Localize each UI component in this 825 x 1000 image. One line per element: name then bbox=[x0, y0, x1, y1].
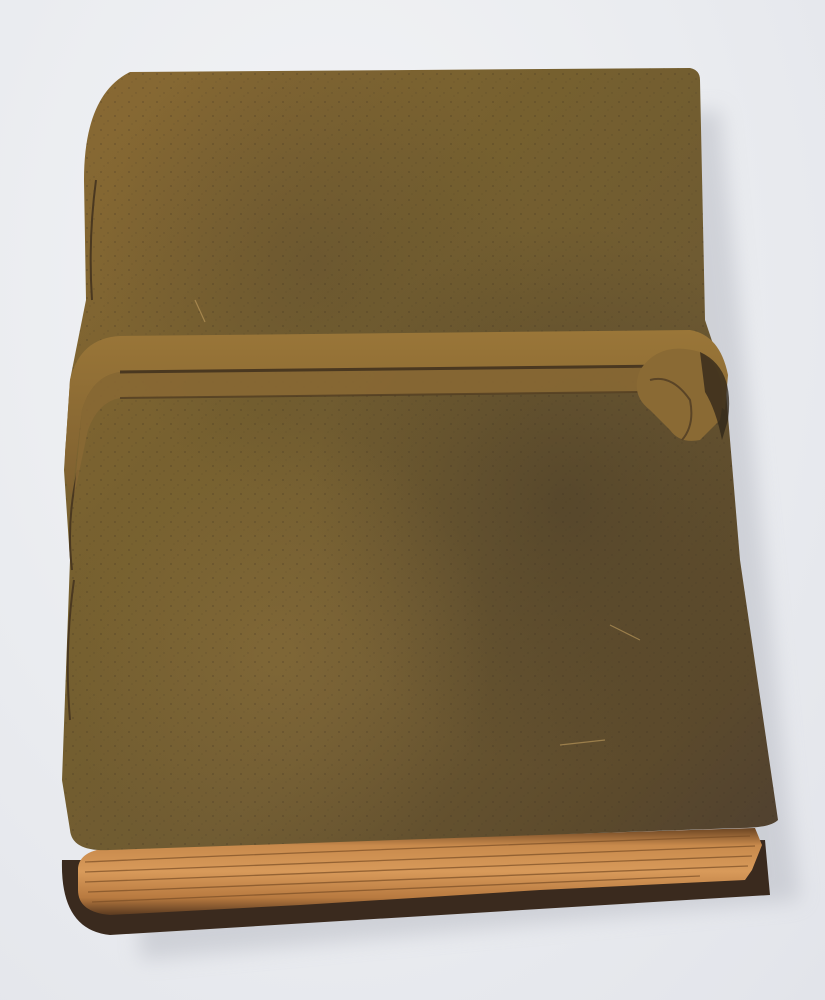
photo-scene bbox=[0, 0, 825, 1000]
leather-texture bbox=[62, 68, 778, 850]
journal-illustration bbox=[0, 0, 825, 1000]
